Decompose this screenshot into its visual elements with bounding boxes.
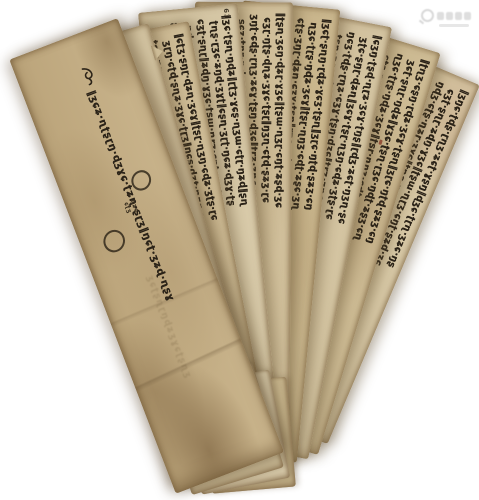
manuscript-photo: ‖ʒŋɕ·ʈɖʂ·ɽɳʒ·ʑɕʈ·ɣʂŋ‖ɖʒɕ·ʈɽɳ·ʒʑɕ·ŋʂ ɕʒʈ·…: [0, 0, 479, 500]
watermark: [421, 9, 471, 22]
watermark-glyph: [446, 12, 453, 20]
watermark-glyph: [437, 12, 444, 20]
magnifier-icon: [421, 9, 434, 22]
watermark-glyph: [455, 12, 462, 20]
watermark-text: [437, 12, 471, 20]
yig-mgo-ornament-icon: [73, 62, 100, 90]
watermark-subtext: [439, 24, 469, 27]
string-hole-circle-lower: [100, 226, 129, 256]
watermark-glyph: [464, 12, 471, 20]
